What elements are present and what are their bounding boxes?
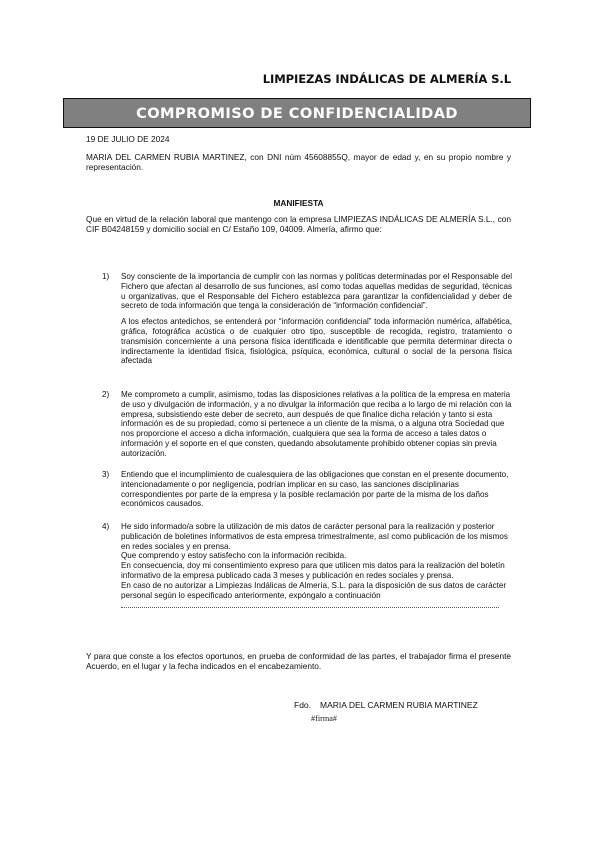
document-date: 19 DE JULIO DE 2024: [86, 134, 169, 144]
document-title-bar: COMPROMISO DE CONFIDENCIALIDAD: [63, 98, 531, 128]
list-item: 3) Entiendo que el incumplimiento de cua…: [102, 470, 512, 509]
signature-prefix: Fdo.: [294, 700, 311, 710]
signatory-name: MARIA DEL CARMEN RUBIA MARTINEZ: [320, 700, 478, 710]
item-line: He sido informado/a sobre la utilización…: [121, 522, 512, 551]
preamble-paragraph: Que en virtud de la relación laboral que…: [86, 214, 511, 234]
signature-placeholder[interactable]: #firma#: [311, 714, 337, 723]
document-title: COMPROMISO DE CONFIDENCIALIDAD: [136, 105, 458, 122]
objection-blank-field[interactable]: [121, 601, 499, 608]
list-item: 2) Me comprometo a cumplir, asimismo, to…: [102, 390, 512, 459]
company-name: LIMPIEZAS INDÁLICAS DE ALMERÍA S.L: [263, 72, 511, 86]
item-number: 1): [102, 272, 109, 282]
item-paragraph: A los efectos antedichos, se entenderá p…: [121, 317, 512, 366]
item-number: 4): [102, 522, 109, 532]
list-item: 1) Soy consciente de la importancia de c…: [102, 272, 512, 366]
section-heading: MANIFIESTA: [86, 198, 511, 208]
intro-paragraph: MARIA DEL CARMEN RUBIA MARTINEZ, con DNI…: [86, 152, 511, 172]
signature-line: Fdo.MARIA DEL CARMEN RUBIA MARTINEZ: [294, 700, 478, 710]
item-number: 3): [102, 470, 109, 480]
list-item: 4) He sido informado/a sobre la utilizac…: [102, 522, 512, 608]
item-line: Que comprendo y estoy satisfecho con la …: [121, 551, 512, 561]
item-paragraph: Entiendo que el incumplimiento de cuales…: [121, 470, 512, 509]
item-paragraph: Me comprometo a cumplir, asimismo, todas…: [121, 390, 512, 459]
item-paragraph: Soy consciente de la importancia de cump…: [121, 272, 512, 311]
item-line: En caso de no autorizar a Limpiezas Indá…: [121, 581, 512, 601]
item-line: En consecuencia, doy mi consentimiento e…: [121, 561, 512, 581]
closing-paragraph: Y para que conste a los efectos oportuno…: [86, 651, 511, 671]
item-number: 2): [102, 390, 109, 400]
